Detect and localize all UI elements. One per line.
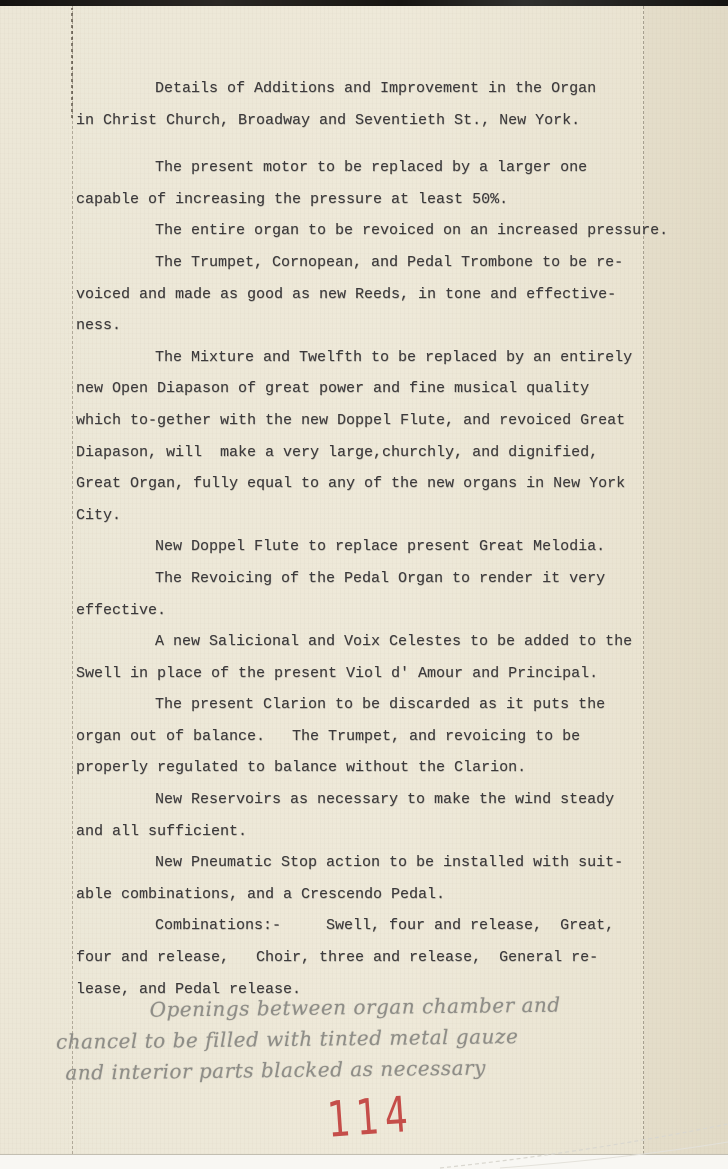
typed-line: A new Salicional and Voix Celestes to be… [76,626,651,658]
typed-line: capable of increasing the pressure at le… [76,184,651,216]
typed-line: voiced and made as good as new Reeds, in… [76,279,651,311]
scan-edge-bottom-strip [0,1155,728,1169]
typed-line: effective. [76,595,651,627]
typed-text: Details of Additions and Improvement in … [76,73,651,1005]
paragraph: The Trumpet, Cornopean, and Pedal Trombo… [76,247,651,342]
typed-line: New Pneumatic Stop action to be installe… [76,847,651,879]
typed-line: and all sufficient. [76,816,651,848]
typed-line: New Doppel Flute to replace present Grea… [76,531,651,563]
paragraph: New Reservoirs as necessary to make the … [76,784,651,847]
paragraph: The Mixture and Twelfth to be replaced b… [76,342,651,532]
paragraph: The present Clarion to be discarded as i… [76,689,651,784]
typed-line: The Trumpet, Cornopean, and Pedal Trombo… [76,247,651,279]
paragraph: Details of Additions and Improvement in … [76,73,651,136]
typed-line: The Mixture and Twelfth to be replaced b… [76,342,651,374]
paper-right-margin-shading [644,6,728,1154]
typed-line: able combinations, and a Crescendo Pedal… [76,879,651,911]
typed-line: The present Clarion to be discarded as i… [76,689,651,721]
paragraph: The Revoicing of the Pedal Organ to rend… [76,563,651,626]
left-binding-stitch-accent [71,8,73,118]
typed-line: four and release, Choir, three and relea… [76,942,651,974]
typed-line: which to-gether with the new Doppel Flut… [76,405,651,437]
paragraph: The entire organ to be revoiced on an in… [76,215,651,247]
paragraph: New Doppel Flute to replace present Grea… [76,531,651,563]
red-folio-page-number: 114 [326,1086,416,1149]
paragraph: New Pneumatic Stop action to be installe… [76,847,651,910]
typed-line: Diapason, will make a very large,churchl… [76,437,651,469]
typed-line: New Reservoirs as necessary to make the … [76,784,651,816]
typed-line: City. [76,500,651,532]
typed-line: The present motor to be replaced by a la… [76,152,651,184]
typed-line: properly regulated to balance without th… [76,752,651,784]
typed-line: organ out of balance. The Trumpet, and r… [76,721,651,753]
typed-line: Details of Additions and Improvement in … [76,73,651,105]
typed-line: The Revoicing of the Pedal Organ to rend… [76,563,651,595]
left-binding-stitch-line [72,6,73,1154]
typed-line: Great Organ, fully equal to any of the n… [76,468,651,500]
typed-line: new Open Diapason of great power and fin… [76,373,651,405]
typed-line: ness. [76,310,651,342]
typed-line: The entire organ to be revoiced on an in… [76,215,651,247]
typed-line: Swell in place of the present Viol d' Am… [76,658,651,690]
typed-line: in Christ Church, Broadway and Seventiet… [76,105,651,137]
handwritten-pencil-note: Openings between organ chamber andchance… [55,988,676,1089]
typed-line: Combinations:- Swell, four and release, … [76,910,651,942]
paragraph: A new Salicional and Voix Celestes to be… [76,626,651,689]
paragraph: The present motor to be replaced by a la… [76,152,651,215]
